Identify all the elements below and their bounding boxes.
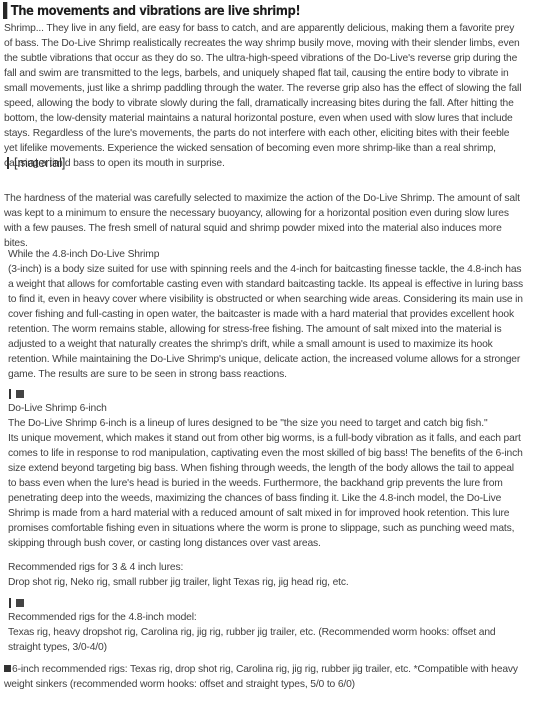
section-heading: The movements and vibrations are live sh… (3, 2, 300, 19)
material-title: [material] (14, 156, 65, 170)
square-icon (16, 599, 24, 607)
size48-title: While the 4.8-inch Do-Live Shrimp (8, 247, 524, 262)
intro-paragraph: Shrimp... They live in any field, are ea… (4, 21, 524, 171)
rigs-large-text: 6-inch recommended rigs: Texas rig, drop… (4, 664, 518, 690)
rigs-mid-title: Recommended rigs for the 4.8-inch model: (8, 610, 524, 625)
size48-paragraph: (3-inch) is a body size suited for use w… (8, 262, 524, 382)
heading-bar-icon (3, 2, 7, 19)
section-marker (9, 389, 24, 399)
bar-icon (9, 598, 11, 608)
heading-bar-icon (7, 157, 9, 169)
size6-paragraph: Its unique movement, which makes it stan… (8, 431, 524, 551)
rigs-large-paragraph: 6-inch recommended rigs: Texas rig, drop… (4, 662, 524, 692)
bar-icon (9, 389, 11, 399)
heading-title: The movements and vibrations are live sh… (11, 3, 300, 19)
size6-title: Do-Live Shrimp 6-inch (8, 401, 524, 416)
material-heading: [material] (7, 156, 65, 170)
rigs-small-title: Recommended rigs for 3 & 4 inch lures: (8, 560, 524, 575)
rigs-small-text: Drop shot rig, Neko rig, small rubber ji… (8, 575, 524, 590)
section-marker (9, 598, 24, 608)
square-icon (16, 390, 24, 398)
size6-lead: The Do-Live Shrimp 6-inch is a lineup of… (8, 416, 524, 431)
material-paragraph: The hardness of the material was careful… (4, 191, 524, 251)
square-bullet-icon (4, 665, 11, 672)
rigs-mid-text: Texas rig, heavy dropshot rig, Carolina … (8, 625, 524, 655)
